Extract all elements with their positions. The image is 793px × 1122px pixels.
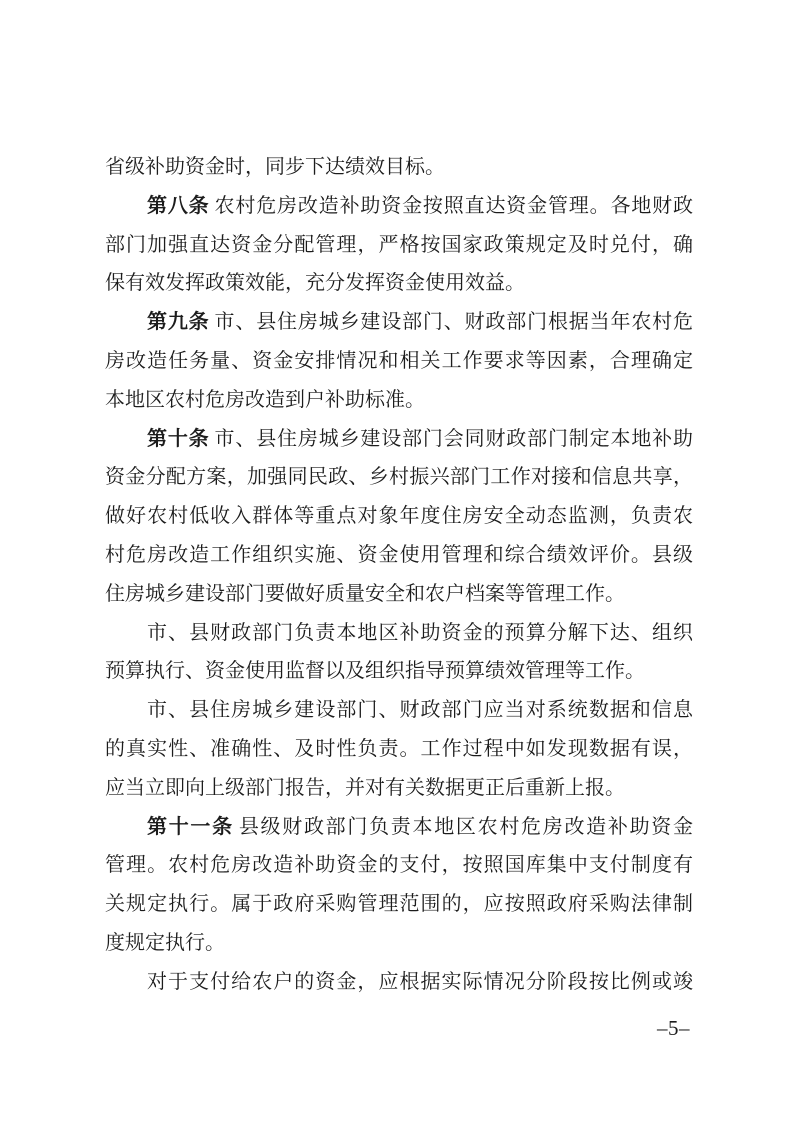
text-segment: 市、县住房城乡建设部门、财政部门应当对系统数据和信息 [147,699,693,721]
text-segment: 住房城乡建设部门要做好质量安全和农户档案等管理工作。 [105,583,625,605]
text-line: 第九条市、县住房城乡建设部门、财政部门根据当年农村危 [105,303,693,342]
text-segment: 村危房改造工作组织实施、资金使用管理和综合绩效评价。县级 [105,544,693,566]
text-segment: 的真实性、准确性、及时性负责。工作过程中如发现数据有误， [105,738,693,760]
text-segment: 市、县住房城乡建设部门会同财政部门制定本地补助 [215,428,693,450]
text-segment: 市、县财政部门负责本地区补助资金的预算分解下达、组织 [147,622,693,644]
text-line: 住房城乡建设部门要做好质量安全和农户档案等管理工作。 [105,575,693,614]
text-line: 应当立即向上级部门报告，并对有关数据更正后重新上报。 [105,769,693,808]
text-line: 度规定执行。 [105,924,693,963]
document-page: 省级补助资金时，同步下达绩效目标。第八条农村危房改造补助资金按照直达资金管理。各… [0,0,793,1122]
text-line: 村危房改造工作组织实施、资金使用管理和综合绩效评价。县级 [105,536,693,575]
text-segment: 县级财政部门负责本地区农村危房改造补助资金 [239,816,693,838]
text-segment: 应当立即向上级部门报告，并对有关数据更正后重新上报。 [105,777,625,799]
text-line: 市、县住房城乡建设部门、财政部门应当对系统数据和信息 [105,691,693,730]
text-segment: 农村危房改造补助资金按照直达资金管理。各地财政 [215,195,693,217]
text-line: 省级补助资金时，同步下达绩效目标。 [105,148,693,187]
text-segment: 度规定执行。 [105,932,225,954]
text-line: 第十一条县级财政部门负责本地区农村危房改造补助资金 [105,808,693,847]
text-segment: 预算执行、资金使用监督以及组织指导预算绩效管理等工作。 [105,660,645,682]
text-line: 关规定执行。属于政府采购管理范围的，应按照政府采购法律制 [105,885,693,924]
text-line: 第十条市、县住房城乡建设部门会同财政部门制定本地补助 [105,420,693,459]
text-segment: 部门加强直达资金分配管理，严格按国家政策规定及时兑付，确 [105,234,693,256]
text-segment: 省级补助资金时，同步下达绩效目标。 [105,156,445,178]
text-line: 房改造任务量、资金安排情况和相关工作要求等因素，合理确定 [105,342,693,381]
text-line: 保有效发挥政策效能，充分发挥资金使用效益。 [105,264,693,303]
text-line: 做好农村低收入群体等重点对象年度住房安全动态监测，负责农 [105,497,693,536]
text-segment: 做好农村低收入群体等重点对象年度住房安全动态监测，负责农 [105,505,693,527]
article-term: 第十条 [147,428,210,450]
document-body: 省级补助资金时，同步下达绩效目标。第八条农村危房改造补助资金按照直达资金管理。各… [105,148,693,1002]
text-line: 预算执行、资金使用监督以及组织指导预算绩效管理等工作。 [105,652,693,691]
text-segment: 房改造任务量、资金安排情况和相关工作要求等因素，合理确定 [105,350,693,372]
page-number: –5– [657,1016,690,1040]
text-line: 部门加强直达资金分配管理，严格按国家政策规定及时兑付，确 [105,226,693,265]
text-segment: 保有效发挥政策效能，充分发挥资金使用效益。 [105,272,525,294]
text-segment: 市、县住房城乡建设部门、财政部门根据当年农村危 [215,311,693,333]
text-segment: 本地区农村危房改造到户补助标准。 [105,389,425,411]
text-line: 第八条农村危房改造补助资金按照直达资金管理。各地财政 [105,187,693,226]
article-term: 第九条 [147,311,210,333]
text-segment: 管理。农村危房改造补助资金的支付，按照国库集中支付制度有 [105,854,693,876]
text-line: 本地区农村危房改造到户补助标准。 [105,381,693,420]
text-segment: 对于支付给农户的资金，应根据实际情况分阶段按比例或竣 [147,971,693,993]
article-term: 第十一条 [147,816,234,838]
text-line: 对于支付给农户的资金，应根据实际情况分阶段按比例或竣 [105,963,693,1002]
article-term: 第八条 [147,195,210,217]
text-line: 管理。农村危房改造补助资金的支付，按照国库集中支付制度有 [105,846,693,885]
text-line: 的真实性、准确性、及时性负责。工作过程中如发现数据有误， [105,730,693,769]
text-segment: 资金分配方案，加强同民政、乡村振兴部门工作对接和信息共享， [105,466,693,488]
text-line: 市、县财政部门负责本地区补助资金的预算分解下达、组织 [105,614,693,653]
text-segment: 关规定执行。属于政府采购管理范围的，应按照政府采购法律制 [105,893,693,915]
text-line: 资金分配方案，加强同民政、乡村振兴部门工作对接和信息共享， [105,458,693,497]
